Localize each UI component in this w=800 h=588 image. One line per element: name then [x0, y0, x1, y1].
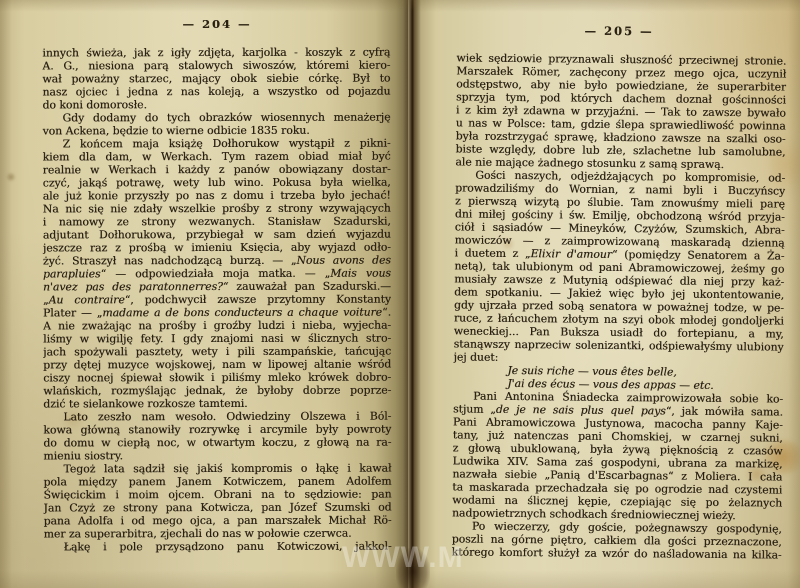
text-run: innych świeża, jak z igły zdjęta, karjol… [42, 46, 390, 60]
text-line: pola między panem Janem Kotwiczem, panem… [43, 475, 391, 489]
text-run: mieniu siostry. [43, 449, 123, 462]
text-run: liśmy w wigilję fety. I gdy znajomi nasi… [43, 332, 391, 346]
text-run: “. [382, 306, 391, 319]
page-number-left: — 204 — [43, 17, 391, 31]
text-line: Na nic się nie zdały wszelkie prośby z s… [43, 202, 391, 216]
text-run: zauważał pan Szadurski.— [228, 280, 391, 293]
italic-text-run: n'avez pas des paratonnerres?“ [43, 280, 228, 293]
text-run: “, jak mówiła sama. [666, 404, 783, 418]
page-number-right: — 205 — [454, 23, 784, 39]
text-line: nasz ojciec i jedna z nas koleją, a wszy… [42, 85, 390, 99]
text-line: dzić te sielankowe rozkosze tamtemi. [43, 397, 391, 411]
text-run: ciszy nocnej śpiewał słowik i piliśmy ml… [43, 371, 391, 385]
text-run: kowa główną stanowiły rozrywkę i arcymil… [43, 423, 391, 437]
text-line: ale już konie przyszły po nas z domu i t… [43, 189, 391, 203]
text-run: jeszcze raz z prośbą w imieniu Księcia, … [43, 241, 391, 255]
text-run: von Ackena, będzie to wierne odbicie 183… [43, 124, 310, 138]
text-run: przy dętej muzyce wojskowej, nam w lipow… [43, 358, 391, 372]
text-run: A nie zważając na prośby i groźby ludzi … [43, 319, 391, 333]
text-run: pola między panem Janem Kotwiczem, panem… [43, 475, 391, 489]
text-run: A. G., niesiona parą stalowych siwoszów,… [42, 59, 390, 73]
text-run: kiem dla dam, w Werkach. Tym razem obiad… [43, 150, 391, 164]
text-line: i namowy ze strony wezwanych. Stanisław … [43, 215, 391, 229]
text-run: czyć, jakąś potrawę, wety lub wino. Poku… [43, 176, 391, 190]
text-run: mer za superarbitra, zjechali do nas w p… [44, 527, 352, 541]
text-line: Lato zeszło nam wesoło. Odwiedziny Olsze… [43, 410, 391, 424]
text-line: kowa główną stanowiły rozrywkę i arcymil… [43, 423, 391, 437]
book-gutter [403, 0, 421, 588]
page-text-right: wiek sędziowie przyznawali słuszność prz… [452, 51, 787, 561]
text-line: n'avez pas des paratonnerres?“ zauważał … [43, 280, 391, 294]
text-line: wał poważny starzec, mający obok siebie … [42, 72, 390, 86]
text-run: pana Adolfa i od mego ojca, a pan marsza… [44, 514, 392, 528]
text-run: dzić te sielankowe rozkosze tamtemi. [43, 397, 247, 411]
text-run: Plater — „ [43, 306, 102, 319]
text-run: “ — odpowiedziała moja matka. — „ [101, 267, 331, 281]
text-run: Tegoż lata sądził się jakiś kompromis o … [63, 462, 391, 476]
text-line: Tegoż lata sądził się jakiś kompromis o … [43, 462, 391, 476]
italic-text-run: parapluies [43, 267, 101, 280]
text-run: adjutant Dołhorukowa, przybiegał w sam d… [43, 228, 391, 242]
text-line: Jan Czyż ze strony pana Kotwicza, pan Jó… [44, 501, 392, 515]
italic-text-run: Mais vous [330, 267, 391, 280]
text-line: jeszcze raz z prośbą w imieniu Księcia, … [43, 241, 391, 255]
text-line: mieniu siostry. [43, 449, 391, 463]
text-run: “, podchwycił zawsze przytomny Konstanty [125, 293, 391, 307]
text-line: „Au contraire“, podchwycił zawsze przyto… [43, 293, 391, 307]
text-run: stjum „ [453, 402, 496, 415]
text-line: czyć, jakąś potrawę, wety lub wino. Poku… [43, 176, 391, 190]
italic-text-run: Nous avons des [296, 254, 390, 267]
text-run: Święcickim i moim ojcem. Obrani na to sę… [43, 488, 391, 502]
text-line: innych świeża, jak z igły zdjęta, karjol… [42, 46, 390, 60]
text-line: żyć. Straszył nas nadchodzącą burzą. — „… [43, 254, 391, 268]
gutter-shadow-blotch [396, 548, 430, 588]
text-run: realnie w Werkach i każdy z panów obowią… [43, 163, 391, 177]
text-line: pana Adolfa i od mego ojca, a pan marsza… [44, 514, 392, 528]
text-run: Z końcem maja książę Dołhorukow wystąpił… [63, 137, 391, 151]
text-line: jach spożywali pasztety, wety i pili sza… [43, 345, 391, 359]
text-run: Gdy dodamy do tych obrazków wiosennych m… [63, 111, 391, 125]
text-run: do koni domorosłe. [42, 98, 146, 111]
text-run: wlańskich, rozmyślając jednak, że byłoby… [43, 384, 391, 398]
text-line: ciszy nocnej śpiewał słowik i piliśmy ml… [43, 371, 391, 385]
text-run: wał poważny starzec, mający obok siebie … [42, 72, 390, 86]
italic-text-run: madame a de bons conducteurs a chaque vo… [102, 306, 382, 320]
text-line: Z końcem maja książę Dołhorukow wystąpił… [43, 137, 391, 151]
text-line: A. G., niesiona parą stalowych siwoszów,… [42, 59, 390, 73]
text-line: adjutant Dołhorukowa, przybiegał w sam d… [43, 228, 391, 242]
text-run: Lato zeszło nam wesoło. Odwiedziny Olsze… [63, 410, 391, 424]
text-line: do domu w ciepłą noc, w otwartym koczu, … [43, 436, 391, 450]
text-line: realnie w Werkach i każdy z panów obowią… [43, 163, 391, 177]
text-run: jej duet: [453, 350, 498, 363]
text-line: Plater — „madame a de bons conducteurs a… [43, 306, 391, 320]
text-run: i duetem z „ [454, 246, 530, 260]
italic-text-run: Au contraire [49, 293, 125, 306]
text-run: Jan Czyż ze strony pana Kotwicza, pan Jó… [44, 501, 392, 515]
text-run: żyć. Straszył nas nadchodzącą burzą. — „ [43, 254, 297, 268]
text-run: ale już konie przyszły po nas z domu i t… [43, 189, 391, 203]
text-line: Łąkę i pole przysądzono panu Kotwiczowi,… [44, 540, 392, 554]
text-line: do koni domorosłe. [42, 98, 390, 112]
book-spread: — 204 — — 205 — innych świeża, jak z igł… [0, 0, 800, 588]
text-run: Łąkę i pole przysądzono panu Kotwiczowi,… [64, 540, 392, 554]
text-line: Święcickim i moim ojcem. Obrani na to sę… [43, 488, 391, 502]
page-text-left: innych świeża, jak z igły zdjęta, karjol… [42, 46, 391, 554]
text-run: i namowy ze strony wezwanych. Stanisław … [43, 215, 391, 229]
text-run: nasz ojciec i jedna z nas koleją, a wszy… [42, 85, 390, 99]
text-run: jach spożywali pasztety, wety i pili sza… [43, 345, 391, 359]
text-line: A nie zważając na prośby i groźby ludzi … [43, 319, 391, 333]
italic-text-run: Elixir d'amour [531, 247, 612, 261]
text-line: liśmy w wigilję fety. I gdy znajomi nasi… [43, 332, 391, 346]
text-line: przy dętej muzyce wojskowej, nam w lipow… [43, 358, 391, 372]
text-line: kiem dla dam, w Werkach. Tym razem obiad… [43, 150, 391, 164]
text-line: mer za superarbitra, zjechali do nas w p… [44, 527, 392, 541]
text-line: wlańskich, rozmyślając jednak, że byłoby… [43, 384, 391, 398]
text-run: Na nic się nie zdały wszelkie prośby z s… [43, 202, 391, 216]
text-line: parapluies“ — odpowiedziała moja matka. … [43, 267, 391, 281]
text-line: von Ackena, będzie to wierne odbicie 183… [43, 124, 391, 138]
text-run: do domu w ciepłą noc, w otwartym koczu, … [43, 436, 391, 450]
text-line: Gdy dodamy do tych obrazków wiosennych m… [43, 111, 391, 125]
